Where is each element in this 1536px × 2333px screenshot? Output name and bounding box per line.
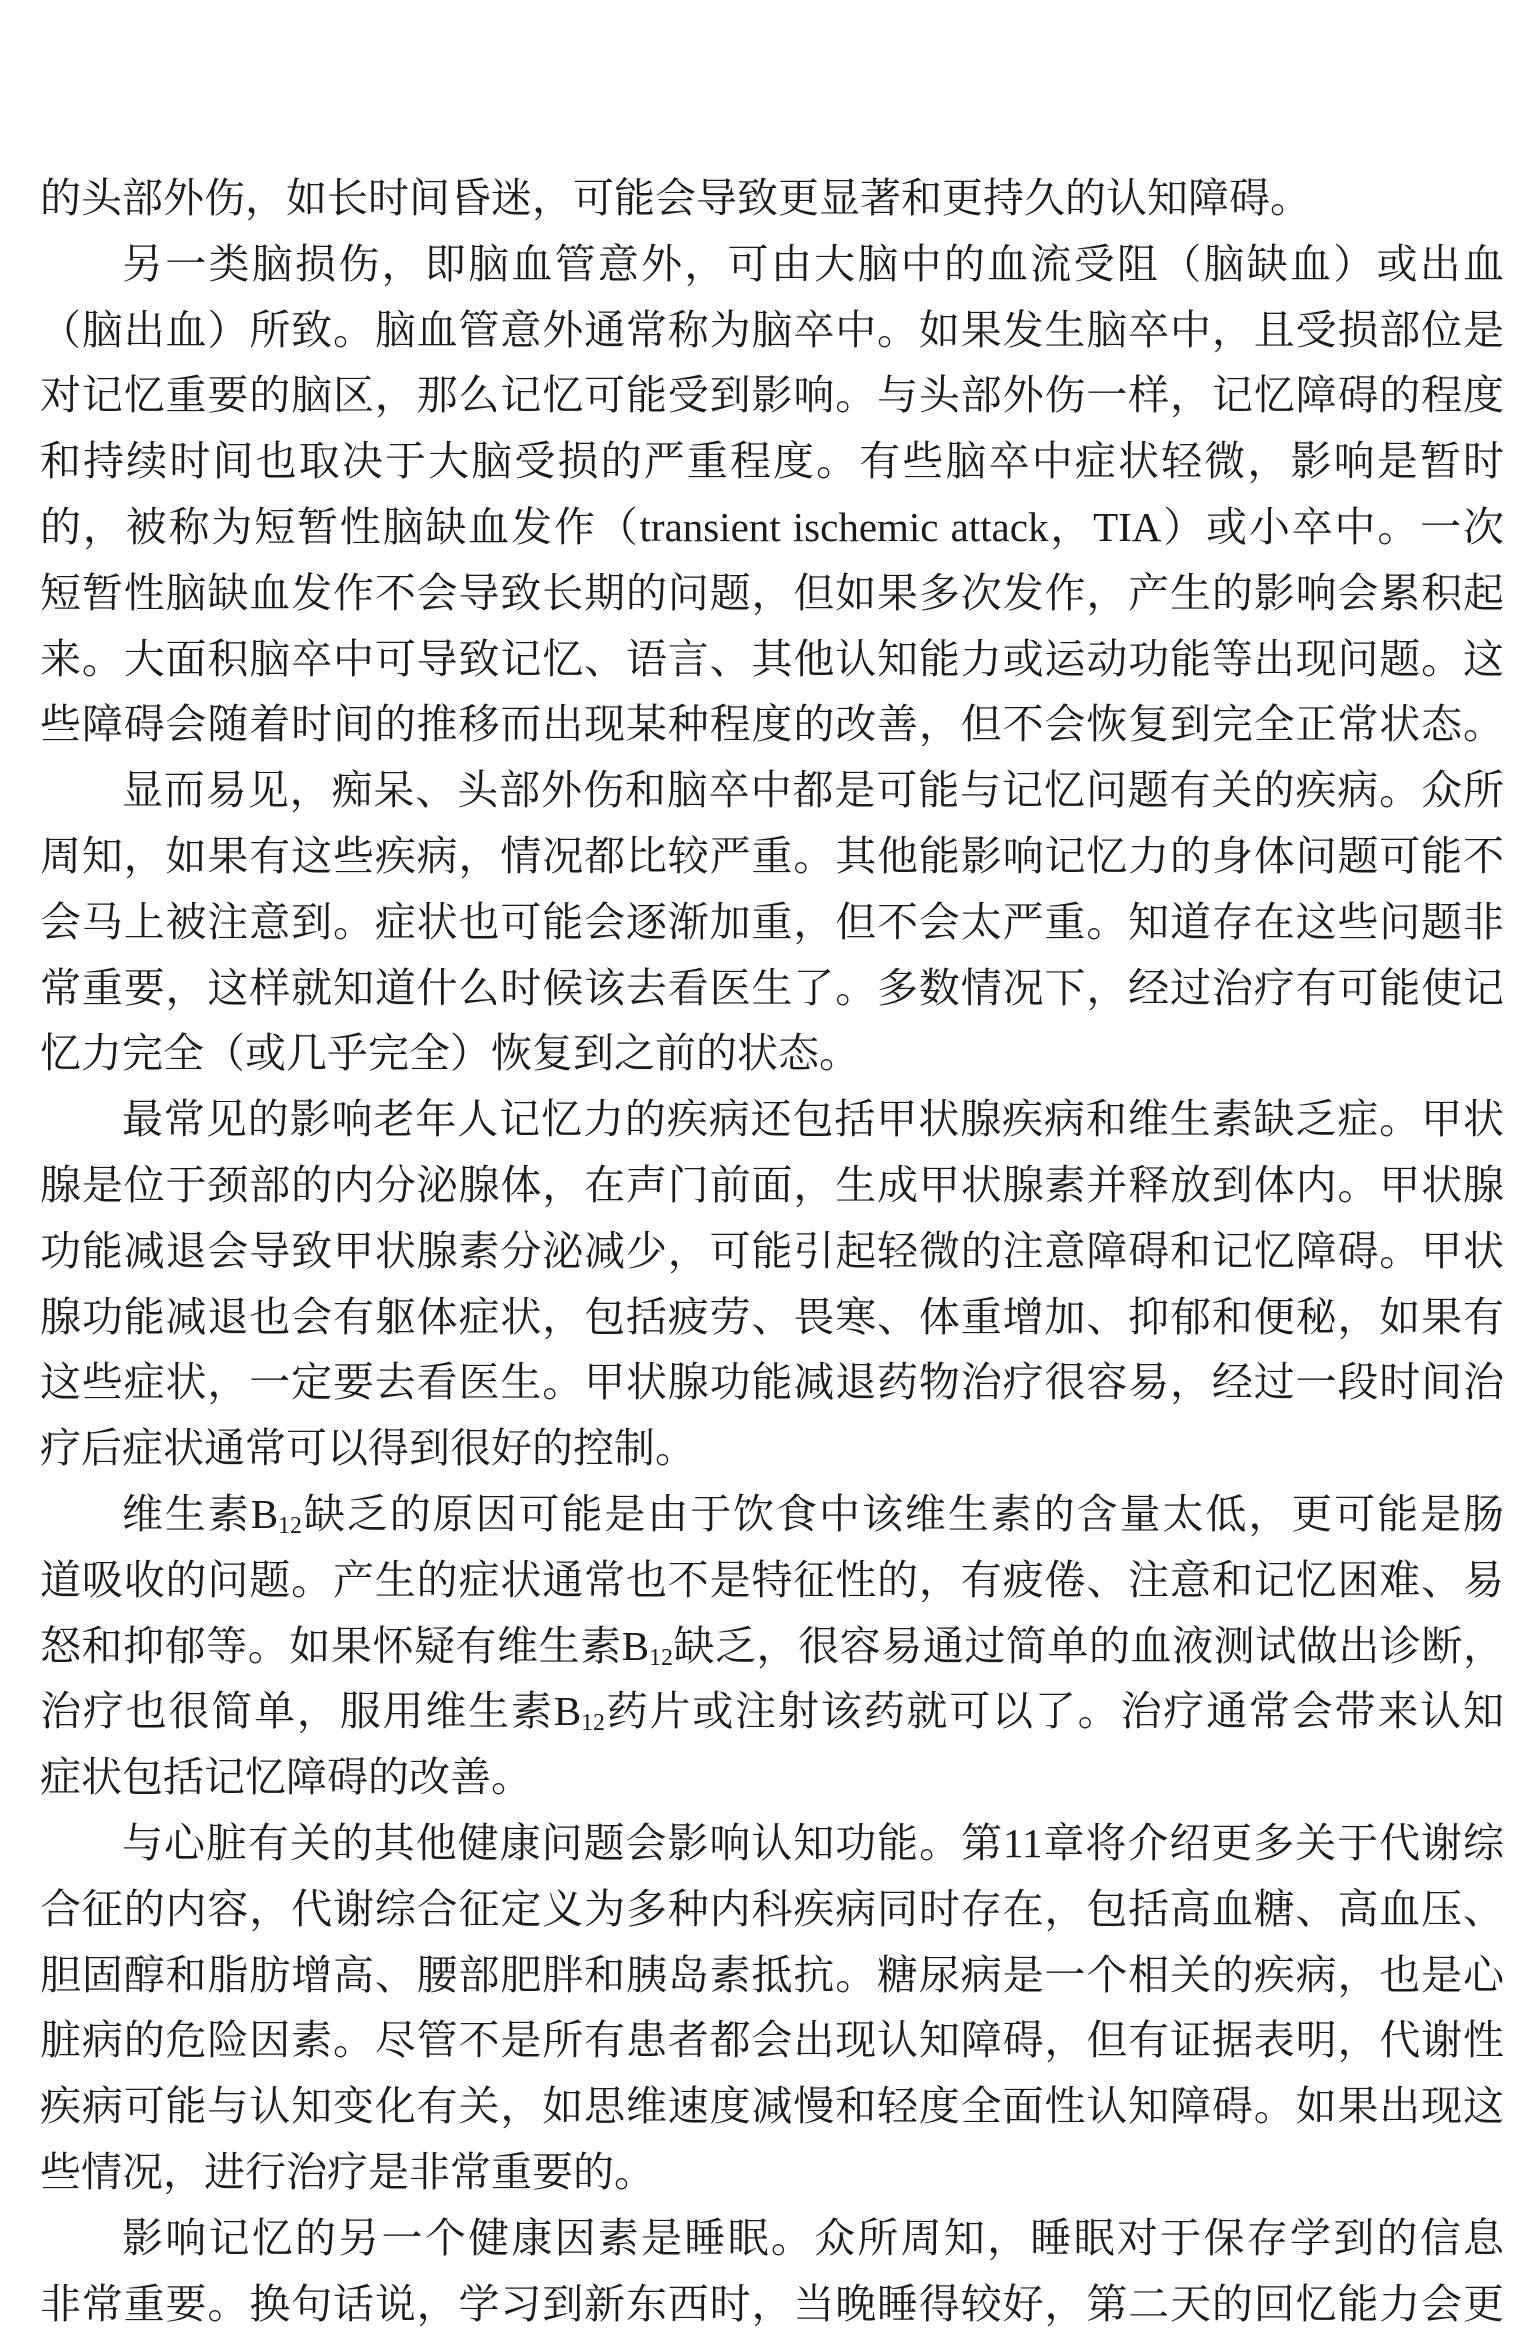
text-line: 症状包括记忆障碍的改善。: [40, 1745, 1504, 1811]
subscript: 12: [581, 1711, 605, 1737]
text-line: 非常重要。换句话说，学习到新东西时，当晚睡得较好，第二天的回忆能力会更: [40, 2272, 1504, 2333]
text-line: 另一类脑损伤，即脑血管意外，可由大脑中的血流受阻（脑缺血）或出血: [40, 232, 1504, 298]
text-line: 短暂性脑缺血发作不会导致长期的问题，但如果多次发作，产生的影响会累积起: [40, 561, 1504, 627]
text-line: 来。大面积脑卒中可导致记忆、语言、其他认知能力或运动功能等出现问题。这: [40, 627, 1504, 693]
text-line: 疾病可能与认知变化有关，如思维速度减慢和轻度全面性认知障碍。如果出现这: [40, 2074, 1504, 2140]
text-line: 忆力完全（或几乎完全）恢复到之前的状态。: [40, 1021, 1504, 1087]
text-line: 显而易见，痴呆、头部外伤和脑卒中都是可能与记忆问题有关的疾病。众所: [40, 758, 1504, 824]
text-line: 常重要，这样就知道什么时候该去看医生了。多数情况下，经过治疗有可能使记: [40, 956, 1504, 1022]
text-line: 治疗也很简单，服用维生素B12药片或注射该药就可以了。治疗通常会带来认知: [40, 1679, 1504, 1745]
text-line: 会马上被注意到。症状也可能会逐渐加重，但不会太严重。知道存在这些问题非: [40, 890, 1504, 956]
text-line: 这些症状，一定要去看医生。甲状腺功能减退药物治疗很容易，经过一段时间治: [40, 1350, 1504, 1416]
text-line: 与心脏有关的其他健康问题会影响认知功能。第11章将介绍更多关于代谢综: [40, 1811, 1504, 1877]
text-line: 周知，如果有这些疾病，情况都比较严重。其他能影响记忆力的身体问题可能不: [40, 824, 1504, 890]
text-line: 功能减退会导致甲状腺素分泌减少，可能引起轻微的注意障碍和记忆障碍。甲状: [40, 1219, 1504, 1285]
text-line: 腺是位于颈部的内分泌腺体，在声门前面，生成甲状腺素并释放到体内。甲状腺: [40, 1153, 1504, 1219]
text-line: 胆固醇和脂肪增高、腰部肥胖和胰岛素抵抗。糖尿病是一个相关的疾病，也是心: [40, 1943, 1504, 2009]
text-line: 的头部外伤，如长时间昏迷，可能会导致更显著和更持久的认知障碍。: [40, 166, 1504, 232]
text-line: 最常见的影响老年人记忆力的疾病还包括甲状腺疾病和维生素缺乏症。甲状: [40, 1087, 1504, 1153]
text-line: 道吸收的问题。产生的症状通常也不是特征性的，有疲倦、注意和记忆困难、易: [40, 1548, 1504, 1614]
text-line: （脑出血）所致。脑血管意外通常称为脑卒中。如果发生脑卒中，且受损部位是: [40, 298, 1504, 364]
text-line: 怒和抑郁等。如果怀疑有维生素B12缺乏，很容易通过简单的血液测试做出诊断，: [40, 1614, 1504, 1680]
subscript: 12: [649, 1645, 673, 1671]
text-line: 对记忆重要的脑区，那么记忆可能受到影响。与头部外伤一样，记忆障碍的程度: [40, 363, 1504, 429]
text-line: 和持续时间也取决于大脑受损的严重程度。有些脑卒中症状轻微，影响是暂时: [40, 429, 1504, 495]
text-line: 影响记忆的另一个健康因素是睡眠。众所周知，睡眠对于保存学到的信息: [40, 2206, 1504, 2272]
text-line: 脏病的危险因素。尽管不是所有患者都会出现认知障碍，但有证据表明，代谢性: [40, 2008, 1504, 2074]
text-line: 疗后症状通常可以得到很好的控制。: [40, 1416, 1504, 1482]
text-line: 维生素B12缺乏的原因可能是由于饮食中该维生素的含量太低，更可能是肠: [40, 1482, 1504, 1548]
book-page: 的头部外伤，如长时间昏迷，可能会导致更显著和更持久的认知障碍。另一类脑损伤，即脑…: [0, 0, 1536, 2333]
text-line: 些情况，进行治疗是非常重要的。: [40, 2140, 1504, 2206]
text-line: 些障碍会随着时间的推移而出现某种程度的改善，但不会恢复到完全正常状态。: [40, 692, 1504, 758]
subscript: 12: [278, 1513, 302, 1539]
text-line: 腺功能减退也会有躯体症状，包括疲劳、畏寒、体重增加、抑郁和便秘，如果有: [40, 1285, 1504, 1351]
text-line: 的，被称为短暂性脑缺血发作（transient ischemic attack，…: [40, 495, 1504, 561]
text-block: 的头部外伤，如长时间昏迷，可能会导致更显著和更持久的认知障碍。另一类脑损伤，即脑…: [0, 0, 1536, 2333]
text-line: 合征的内容，代谢综合征定义为多种内科疾病同时存在，包括高血糖、高血压、: [40, 1877, 1504, 1943]
